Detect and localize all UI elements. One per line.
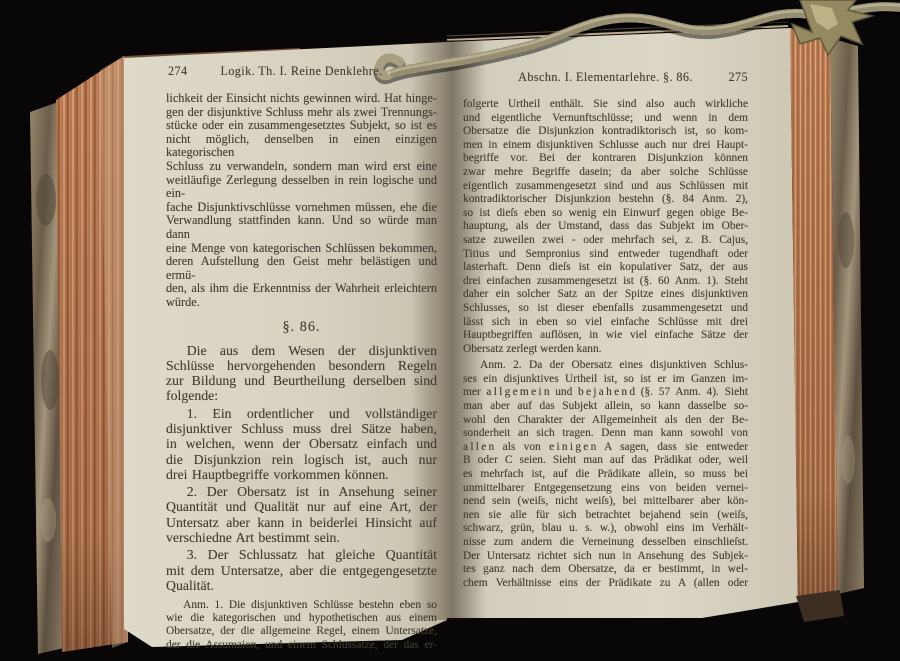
left-page-number: 274 bbox=[168, 64, 187, 79]
right-page-number: 275 bbox=[729, 70, 748, 85]
text-line: daher ein solcher Satz an der Spitze ein… bbox=[463, 288, 748, 302]
right-fore-edge-shading bbox=[790, 28, 838, 602]
text-line: Anm. 2. Da der Obersatz eines disjunktiv… bbox=[463, 359, 748, 373]
marble-blotch bbox=[36, 174, 56, 226]
text-line: Titius und Sempronius sind entweder tuge… bbox=[463, 248, 748, 262]
text-line: Verwandlung stattfinden kann. Und so wür… bbox=[166, 214, 437, 241]
text-line: schwarz, grün, blau u. s. w.), obwohl ei… bbox=[463, 522, 748, 536]
text-line: Schlüsse hervorgehenden besondern Regeln bbox=[166, 358, 437, 373]
text-line: chem Verhältnisse eins der Prädikate zu … bbox=[463, 577, 748, 591]
text-line: drei Hauptbegriffe vorkommen können. bbox=[166, 467, 437, 482]
section-heading: §. 86. bbox=[166, 319, 437, 336]
text-line: Der Untersatz richtet sich nun in Ansehu… bbox=[463, 550, 748, 564]
text-line: Quantität und Qualität nur auf eine Art,… bbox=[166, 499, 437, 514]
open-book-photo: 274 Logik. Th. I. Reine Denklehre. lichk… bbox=[0, 0, 900, 661]
left-running-title: Logik. Th. I. Reine Denklehre. bbox=[166, 64, 437, 79]
text-line: begriffe vor. Bei der kontraren Disjunkz… bbox=[463, 152, 748, 166]
left-page-header: 274 Logik. Th. I. Reine Denklehre. bbox=[166, 64, 437, 79]
paragraph-rule-intro: Die aus dem Wesen der disjunktivenSchlüs… bbox=[166, 343, 437, 404]
text-line: sonderheit an sich tragen. Denn man kann… bbox=[463, 427, 748, 441]
text-line: die Disjunkzion rein logisch ist, auch n… bbox=[166, 452, 437, 467]
text-line: tes ganz nach dem Obersatze, da er besti… bbox=[463, 563, 748, 577]
text-line: folgerte Urtheil enthält. Sie sind also … bbox=[463, 98, 748, 112]
right-page-header: Abschn. I. Elementarlehre. §. 86. 275 bbox=[463, 70, 748, 85]
paragraph-annotation-1: Anm. 1. Die disjunktiven Schlüsse besteh… bbox=[166, 599, 437, 651]
text-line: lässt sich in eben so viel einfache Schl… bbox=[463, 316, 748, 330]
text-line: mer a l l g e m e i n und b e j a h e n … bbox=[463, 386, 748, 400]
text-line: kontradiktorischer Disjunkzion bestehn (… bbox=[463, 193, 748, 207]
paragraph-annotation-1-continued: folgerte Urtheil enthält. Sie sind also … bbox=[463, 98, 748, 356]
text-line: so ist dieſs eben so wenig ein Einwurf g… bbox=[463, 207, 748, 221]
text-line: Untersatz aber kann in beiderlei Hinsich… bbox=[166, 515, 437, 530]
text-line: 2. Der Obersatz ist in Ansehung seiner bbox=[166, 484, 437, 499]
text-line: lichkeit der Einsicht nichts gewinnen wi… bbox=[166, 92, 437, 106]
right-page: Abschn. I. Elementarlehre. §. 86. 275 fo… bbox=[447, 36, 792, 636]
marble-blotch bbox=[841, 436, 855, 484]
left-page: 274 Logik. Th. I. Reine Denklehre. lichk… bbox=[124, 58, 447, 644]
paragraph-rule-2: 2. Der Obersatz ist in Ansehung seinerQu… bbox=[166, 484, 437, 545]
text-line: drei einfachen zusammengesetzt ist (§. 6… bbox=[463, 275, 748, 289]
paragraph-continuation: lichkeit der Einsicht nichts gewinnen wi… bbox=[166, 92, 437, 310]
text-line: folgende: bbox=[166, 388, 437, 403]
text-line: der die Assumzion, und einem Schlussatze… bbox=[166, 639, 437, 652]
marble-blotch bbox=[40, 498, 56, 542]
text-line: disjunktiver Schluss muss drei Sätze hab… bbox=[166, 421, 437, 436]
text-line: mit dem Untersatze, aber die entgegenges… bbox=[166, 563, 437, 578]
text-line: Schluss zu verwandeln, sondern man wird … bbox=[166, 160, 437, 174]
text-line: eine Menge von kategorischen Schlüssen b… bbox=[166, 242, 437, 256]
text-line: a l l e n als von e i n i g e n A sagen,… bbox=[463, 441, 748, 455]
text-line: weitläufige Zerlegung desselben in rein … bbox=[166, 174, 437, 201]
marble-blotch bbox=[41, 350, 59, 410]
text-line: fache Disjunktivschlüsse vornehmen müsse… bbox=[166, 201, 437, 215]
text-line: zwar mehre Begriffe dasein; da aber solc… bbox=[463, 166, 748, 180]
text-line: B oder C seien. Sieht man auf das Prädik… bbox=[463, 454, 748, 468]
paragraph-rule-1: 1. Ein ordentlicher und vollständigerdis… bbox=[166, 406, 437, 482]
text-line: stücke oder ein zusammengesetztes Subjek… bbox=[166, 119, 437, 133]
text-line: satze zuweilen zwei - oder mehrfach sei,… bbox=[463, 234, 748, 248]
right-running-title: Abschn. I. Elementarlehre. §. 86. bbox=[463, 70, 748, 85]
text-line: in welchen, wenn der Obersatz einfach un… bbox=[166, 436, 437, 451]
paragraph-annotation-2: Anm. 2. Da der Obersatz eines disjunktiv… bbox=[463, 359, 748, 590]
text-line: würde. bbox=[166, 296, 437, 310]
text-line: 1. Ein ordentlicher und vollständiger bbox=[166, 406, 437, 421]
text-line: men in einem disjunktiven Schlusse auch … bbox=[463, 139, 748, 153]
text-line: deren Aufstellung den Geist mehr belästi… bbox=[166, 255, 437, 282]
text-line: nen sie alle für sich betrachtet bejahen… bbox=[463, 509, 748, 523]
text-line: unmittelbarer Entgegensetzung eins von b… bbox=[463, 482, 748, 496]
text-line: 3. Der Schlussatz hat gleiche Quantität bbox=[166, 547, 437, 562]
text-line: Obersatz zerlegt werden kann. bbox=[463, 343, 748, 357]
text-line: Obersatze, der die allgemeine Regel, ein… bbox=[166, 625, 437, 638]
text-line: verschiedne Art bestimmt sein. bbox=[166, 530, 437, 545]
text-line: Obersatze die Disjunkzion kontradiktoris… bbox=[463, 125, 748, 139]
text-line: ses ein disjunktives Urtheil ist, so ist… bbox=[463, 373, 748, 387]
text-line: Die aus dem Wesen der disjunktiven bbox=[166, 343, 437, 358]
text-line: es mehrfach ist, auf die Prädikate allei… bbox=[463, 468, 748, 482]
marble-blotch bbox=[838, 212, 854, 268]
text-line: und eigentliche Vernunftschlüsse; und we… bbox=[463, 112, 748, 126]
text-line: eigentlich zusammengesetzt sind und aus … bbox=[463, 180, 748, 194]
text-line: Schlusses, so ist dieser ebenfalls zusam… bbox=[463, 302, 748, 316]
text-line: Hauptbegriffen auflösen, in wie viel ein… bbox=[463, 329, 748, 343]
text-line: zur Bildung und Beurtheilung derselben s… bbox=[166, 373, 437, 388]
paragraph-rule-3: 3. Der Schlussatz hat gleiche Quantitätm… bbox=[166, 547, 437, 593]
text-line: nisse zum andern die Verneinung desselbe… bbox=[463, 536, 748, 550]
text-line: hauptung, als der Umstand, dass das Subj… bbox=[463, 220, 748, 234]
text-line: lasterhaft. Denn dieſs ist ein kopulativ… bbox=[463, 261, 748, 275]
text-line: nend sein (weiſs, nicht weiſs), bei mitt… bbox=[463, 495, 748, 509]
text-line: Qualität. bbox=[166, 578, 437, 593]
text-line: gen der disjunktive Schluss mehr als zwe… bbox=[166, 106, 437, 120]
text-line: wohl den Charakter der Allgemeinheit als… bbox=[463, 414, 748, 428]
text-line: man aber auf das Subjekt allein, so kann… bbox=[463, 400, 748, 414]
text-line: den, als ihm die Erkenntniss der Wahrhei… bbox=[166, 282, 437, 296]
text-line: wie die kategorischen und hypothetischen… bbox=[166, 612, 437, 625]
text-line: Anm. 1. Die disjunktiven Schlüsse besteh… bbox=[166, 599, 437, 612]
text-line: nicht möglich, denselben in einen einzig… bbox=[166, 133, 437, 160]
